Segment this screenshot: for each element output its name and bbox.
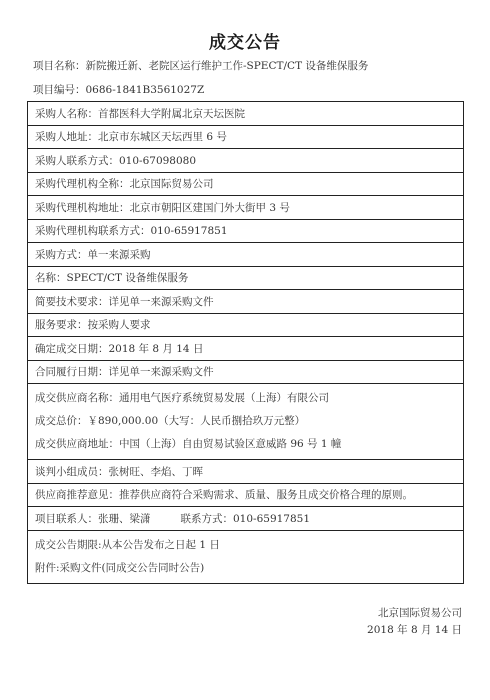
supplier-row: 成交供应商名称：通用电气医疗系统贸易发展（上海）有限公司 成交总价：￥890,0… [28, 384, 464, 460]
row-value: 详见单一来源采购文件 [109, 296, 214, 308]
deal-price: 成交总价：￥890,000.00（大写：人民币捌拾玖万元整） [35, 410, 463, 433]
table-row: 名称：SPECT/CT 设备维保服务 [28, 266, 464, 290]
announcement-period: 成交公告期限:从本公告发布之日起 1 日 [35, 534, 463, 557]
negotiation-row: 谈判小组成员：张树旺、李焰、丁晖 [28, 460, 464, 484]
contact-persons: 项目联系人：张珊、梁潇 [35, 513, 151, 525]
row-label: 确定成交日期： [35, 343, 109, 355]
contact-phone: 联系方式：010-65917851 [181, 513, 311, 525]
negotiation-members: 谈判小组成员：张树旺、李焰、丁晖 [28, 460, 464, 484]
table-row: 采购人联系方式：010-67098080 [28, 149, 464, 173]
row-label: 名称： [35, 272, 67, 284]
contact-row: 项目联系人：张珊、梁潇联系方式：010-65917851 [28, 507, 464, 531]
row-value: 单一来源采购 [88, 249, 151, 261]
table-row: 采购人名称：首都医科大学附属北京天坛医院 [28, 102, 464, 126]
row-label: 采购人联系方式： [35, 155, 119, 167]
row-label: 采购人地址： [35, 131, 98, 143]
row-label: 采购人名称： [35, 108, 98, 120]
project-name: 项目名称：新院搬迁新、老院区运行维护工作-SPECT/CT 设备维保服务 [33, 58, 368, 73]
final-row: 成交公告期限:从本公告发布之日起 1 日 附件:采购文件(同成交公告同时公告) [28, 530, 464, 583]
row-value: 首都医科大学附属北京天坛医院 [98, 108, 245, 120]
row-label: 简要技术要求： [35, 296, 109, 308]
row-label: 采购代理机构地址： [35, 202, 130, 214]
table-row: 合同履行日期：详见单一来源采购文件 [28, 360, 464, 384]
table-row: 采购人地址：北京市东城区天坛西里 6 号 [28, 125, 464, 149]
row-value: 详见单一来源采购文件 [109, 366, 214, 378]
table-row: 采购代理机构全称：北京国际贸易公司 [28, 172, 464, 196]
row-value: 北京市朝阳区建国门外大街甲 3 号 [130, 202, 290, 214]
row-label: 合同履行日期： [35, 366, 109, 378]
table-row: 简要技术要求：详见单一来源采购文件 [28, 290, 464, 314]
footer-date: 2018 年 8 月 14 日 [367, 622, 462, 637]
page-title: 成交公告 [0, 28, 490, 53]
table-row: 采购代理机构联系方式：010-65917851 [28, 219, 464, 243]
row-label: 采购代理机构全称： [35, 178, 130, 190]
table-row: 服务要求：按采购人要求 [28, 313, 464, 337]
supplier-address: 成交供应商地址：中国（上海）自由贸易试验区意威路 96 号 1 幢 [35, 433, 463, 456]
row-value: SPECT/CT 设备维保服务 [67, 272, 189, 284]
row-value: 北京国际贸易公司 [130, 178, 214, 190]
supplier-name: 成交供应商名称：通用电气医疗系统贸易发展（上海）有限公司 [35, 387, 463, 410]
row-value: 010-65917851 [151, 225, 228, 237]
table-row: 确定成交日期：2018 年 8 月 14 日 [28, 337, 464, 361]
project-code: 项目编号：0686-1841B3561027Z [33, 82, 204, 97]
footer-organization: 北京国际贸易公司 [378, 605, 462, 620]
row-label: 服务要求： [35, 319, 88, 331]
row-value: 010-67098080 [119, 155, 196, 167]
supplier-recommendation: 供应商推荐意见：推荐供应商符合采购需求、质量、服务且成交价格合理的原则。 [28, 483, 464, 507]
attachment: 附件:采购文件(同成交公告同时公告) [35, 557, 463, 580]
announcement-table: 采购人名称：首都医科大学附属北京天坛医院 采购人地址：北京市东城区天坛西里 6 … [27, 101, 464, 584]
row-value: 2018 年 8 月 14 日 [109, 343, 204, 355]
row-label: 采购方式： [35, 249, 88, 261]
table-row: 采购代理机构地址：北京市朝阳区建国门外大街甲 3 号 [28, 196, 464, 220]
table-row: 采购方式：单一来源采购 [28, 243, 464, 267]
recommendation-row: 供应商推荐意见：推荐供应商符合采购需求、质量、服务且成交价格合理的原则。 [28, 483, 464, 507]
row-value: 北京市东城区天坛西里 6 号 [98, 131, 227, 143]
row-value: 按采购人要求 [88, 319, 151, 331]
row-label: 采购代理机构联系方式： [35, 225, 151, 237]
